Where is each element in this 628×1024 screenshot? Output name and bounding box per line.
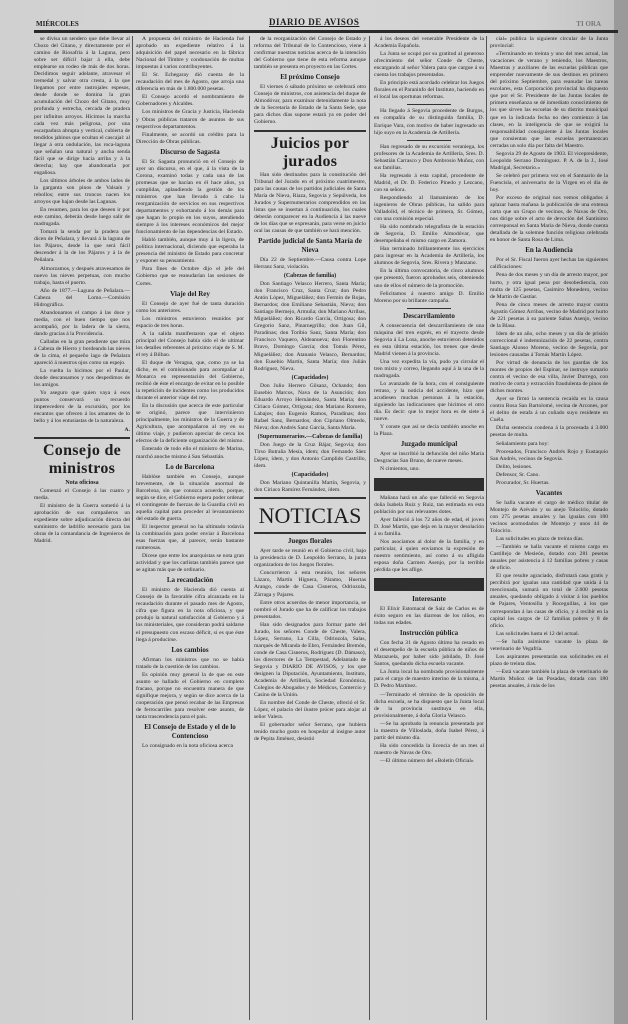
paragraph: Una vez expedita la vía, pudo ya circula… [374,359,484,380]
paragraph: Calladas en la gran pendiente que mira á… [34,339,130,367]
paragraph: Año de 1877.—Laguna de Peñalara.—Cabeza … [34,288,130,309]
paragraph: Defensor, Sr. Cano. [490,472,608,479]
paragraph: Afirman los ministros que no se había tr… [136,657,244,671]
section-rule [254,532,366,534]
paragraph: En la última convocatoria, de cinco alum… [374,268,484,289]
paragraph: Mañana hará un año que falleció en Segov… [374,495,484,516]
paragraph: Las solicitudes hasta el 12 del actual. [490,631,608,638]
masthead-title: DIARIO DE AVISOS [269,17,359,27]
paragraph: Ha regresado á esta capital, procedente … [374,173,484,194]
paragraph: Don Mariano Quintanilla Martín, Segovia,… [254,480,366,494]
section-heading: Viaje del Rey [136,290,244,299]
column-divider [132,36,133,1020]
paragraph: A consecuencia del descarrilamiento de u… [374,323,484,358]
section-heading: El Consejo de Estado y el de lo Contenci… [136,723,244,741]
paragraph: A la salida manifestaron que el objeto p… [136,331,244,359]
paragraph: Los ministros de Gracia y Justicia, Haci… [136,109,244,130]
paragraph: Para fines de Octubre dijo el jefe del G… [136,266,244,287]
paragraph: —Se halla asimismo vacante la plaza de v… [490,639,608,653]
paragraph: Ayer tarde se reunió en el Gobierno civi… [254,548,366,569]
paragraph: «Terminando en treinta y uno del mes act… [490,51,608,150]
section-rule [254,497,366,499]
paragraph: Se halla vacante el cargo de médico titu… [490,500,608,535]
subheading: (Capacidades) [254,374,366,382]
consejo-heading: Consejo de ministros [34,442,130,478]
paragraph: Comenzó el Consejo á las cuatro y media. [34,488,130,502]
mourning-bar [374,478,484,491]
paragraph: Es opinión muy general la de que en este… [136,672,244,721]
paragraph: Ha sido nombrado telegrafista de la esta… [374,224,484,245]
paragraph: El duque de Veragua, que, como ya se ha … [136,360,244,402]
paragraph: El Sr. Echegaray dió cuenta de la recaud… [136,72,244,93]
paragraph: Felicitamos á nuestro amigo D. Emilio Mo… [374,291,484,305]
paragraph: El inspector general no ha ultimado toda… [136,524,244,552]
noticias-heading: NOTICIAS [254,503,366,529]
signature: A. [34,427,130,434]
paragraph: á los deseos del venerable Presidente de… [374,36,484,50]
paragraph: La Junta se ocupó por su gratitud al gen… [374,51,484,79]
divider [407,104,451,105]
section-heading: Interesante [374,595,484,604]
jurados-heading: Juicios por jurados [254,135,366,171]
paragraph: Señalamiento para hoy: [490,441,608,448]
paragraph: Y conste que así se decía también anoche… [374,424,484,438]
section-heading: Descarrilamiento [374,312,484,321]
paragraph: Por exceso de original nos vemos obligad… [490,195,608,244]
column-3: de la reorganización del Consejo de Esta… [254,36,366,1020]
subheading: (Cabezas de familia) [254,272,366,280]
subheading: (Capacidades) [254,471,366,479]
paragraph: Con fecha 31 de Agosto último ha cesado … [374,640,484,668]
newspaper-page: MIÉRCOLES DIARIO DE AVISOS TI ORA se div… [0,0,628,1024]
section-heading: Vacantes [490,489,608,498]
column-4: á los deseos del venerable Presidente de… [374,36,484,1020]
mourning-bar [374,578,484,591]
section-heading: La recaudación [136,576,244,585]
paragraph: Han sido destinados para la constitución… [254,172,366,235]
paragraph: Delito, lesiones. [490,464,608,471]
paragraph: El Consejo de ayer fué de tanta duración… [136,301,244,315]
paragraph: Ha llegado á Segovia procedente de Burgo… [374,108,484,136]
paragraph: Procurador, Sr. Huertas. [490,480,608,487]
section-rule [34,437,130,439]
paragraph: A propuesta del ministro de Hacienda fué… [136,36,244,71]
paragraph: Han sido designados para formar parte de… [254,622,366,700]
paragraph: El viernes ó sábado próximo se celebrará… [254,84,366,126]
paragraph: se divisa un sendero que debe llevar al … [34,36,130,177]
paragraph: Nos asociamos al dolor de la familia, y … [374,539,484,574]
page-edge [614,0,628,1024]
paragraph: Don Julio Herrero Gilsanz, Ochando; don … [254,383,366,432]
paragraph: En resumen, para los que deseen ir por e… [34,207,130,228]
paragraph: Los ministros estuvieron reunidos por es… [136,316,244,330]
paragraph: El que resulte agraciado, disfrutará cas… [490,573,608,629]
paragraph: El Consejo acordó el nombramiento de Gob… [136,94,244,108]
paragraph: Hablóse también en Consejo, aunque breve… [136,474,244,523]
paragraph: Segovia 29 de Agosto de 1903. El vicepre… [490,151,608,172]
paragraph: Procesados, Francisco Andrés Rojo y Eust… [490,449,608,463]
paragraph: Han regresado de su excursión veraniega,… [374,144,484,172]
column-5: cial» publica la siguiente circular de l… [490,36,608,1020]
paragraph: Dicha sentencia condena á la procesada á… [490,425,608,439]
column-divider [486,36,487,1020]
paragraph: Por virtud de denuncia de los guardas de… [490,360,608,395]
paragraph: En principio está acordado celebrar los … [374,80,484,101]
paragraph: El Sr. Sagasta pronunció en el Consejo d… [136,159,244,237]
paragraph: Yo aseguro que quien vaya á esos puntos … [34,390,130,425]
section-heading: Juzgado municipal [374,440,484,449]
masthead-day: MIÉRCOLES [36,20,79,28]
paragraph: El Elixir Estomacal de Saiz de Carlos es… [374,606,484,627]
section-heading: Lo de Barcelona [136,463,244,472]
paragraph: Respondiendo al llamamiento de los ingen… [374,195,484,223]
masthead-right: TI ORA [576,20,601,28]
section-heading: El próximo Consejo [254,73,366,82]
paragraph: El gobernador señor Serrano, que hubiera… [254,722,366,743]
paragraph: N cimientos, uno. [374,466,484,473]
paragraph: Los últimos árboles de ambos lados de la… [34,178,130,206]
paragraph: Enterado de todo ello el ministro de Mar… [136,446,244,460]
section-rule [254,130,366,132]
column-2: A propuesta del ministro de Hacienda fué… [136,36,244,1020]
paragraph: Ayer falleció á los 72 años de edad, el … [374,517,484,538]
paragraph: El ministro de Hacienda dió cuenta al Co… [136,587,244,643]
paragraph: Ayer se inscribió la defunción del niño … [374,451,484,465]
column-1: se divisa un sendero que debe llevar al … [34,36,130,1020]
paragraph: —El último número del «Boletín Oficial» [374,758,484,765]
paragraph: Don Santiago Velasco Herrero, Santa Marí… [254,281,366,373]
consejo-subheading: Nota oficiosa [34,479,130,487]
paragraph: Don Juego de la Cruz Bájar, Segovia; don… [254,442,366,470]
divider [407,140,451,141]
paragraph: cial» publica la siguiente circular de l… [490,36,608,50]
subheading: (Supernumerarios.—Cabezas de familia) [254,433,366,441]
paragraph: Almorzamos, y después atravesamos de nue… [34,266,130,287]
section-heading: Instrucción pública [374,629,484,638]
partido-heading: Partido judicial de Santa María de Nieva [254,237,366,255]
paragraph: Pena de dos meses y un día de arresto ma… [490,272,608,300]
paragraph: Entre otros acuerdos de menor importanci… [254,600,366,621]
paragraph: —También se halla vacante el mismo cargo… [490,544,608,572]
paragraph: Concurrieron á esta reunión, los señores… [254,570,366,598]
section-heading: En la Audiencia [490,246,608,255]
paragraph: Las solicitudes en plazo de treinta días… [490,536,608,543]
paragraph: —Terminado el término de la oposición de… [374,692,484,720]
section-heading: Discurso de Sagasta [136,148,244,157]
paragraph: Por el Sr. Fiscal fueron ayer hechas las… [490,257,608,271]
paragraph: Día 22 de Septiembre.—Causa contra Lope … [254,257,366,271]
paragraph: Habló también, aunque muy á la ligera, d… [136,237,244,265]
paragraph: En nombre del Conde de Cheste, ofreció e… [254,700,366,721]
paragraph: Ha sido concedida la licencia de un mes … [374,743,484,757]
paragraph: de la reorganización del Consejo de Esta… [254,36,366,71]
paragraph: Han terminado brillantemente los ejercic… [374,246,484,267]
paragraph: La vuelta la hicimos por el Paular, dond… [34,368,130,389]
paragraph: —Está vacante también la plaza de veteri… [490,669,608,690]
paragraph: Ayer se firmó la sentencia recaída en la… [490,396,608,424]
column-divider [369,36,370,1020]
paragraph: Dícese que entre los anarquistas se nota… [136,553,244,574]
masthead-rule [34,30,618,33]
paragraph: Finalmente, se acordó un crédito para la… [136,132,244,146]
section-heading: Los cambios [136,646,244,655]
column-divider [249,36,250,1020]
paragraph: Los aspirantes presentarán sus solicitud… [490,654,608,668]
paragraph: Lo consignado en la nota oficiosa acerca [136,743,244,750]
paragraph: El ministro de la Guerra sometió á la ap… [34,503,130,545]
paragraph: La Junta local ha nombrado provisionalme… [374,669,484,690]
paragraph: Abandonamos el campo á las doce y media,… [34,310,130,338]
section-heading: Juegos florales [254,537,366,546]
paragraph: Se celebró por primera vez en el Santuar… [490,173,608,194]
paragraph: Pena de cinco meses de arresto mayor con… [490,302,608,330]
paragraph: Lo avanzado de la hora, con el consiguie… [374,381,484,423]
paragraph: —Se ha aprobado la renuncia presentada p… [374,721,484,742]
paragraph: Tomará la senda por la pradera que dicen… [34,229,130,264]
paragraph: En la discusión que acerca de este parti… [136,403,244,445]
divider [407,308,451,309]
paragraph: Idem de un año, ocho meses y un día de p… [490,331,608,359]
